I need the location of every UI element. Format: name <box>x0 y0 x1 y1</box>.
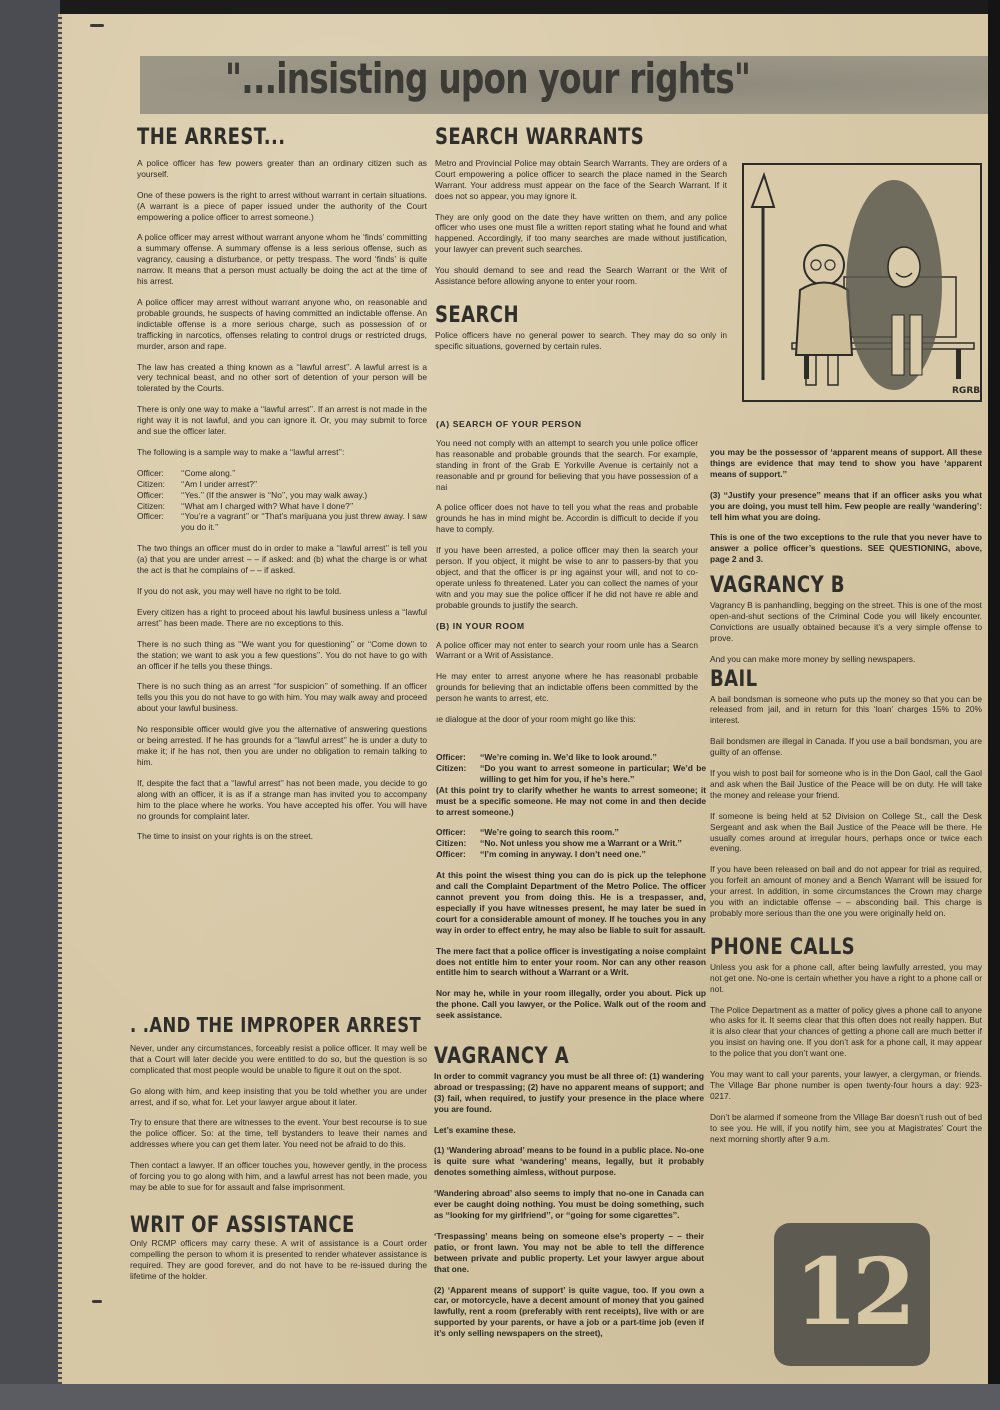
paragraph: (2) ‘Apparent means of support’ is quite… <box>434 1285 704 1340</box>
column-middle-dialogue: Officer:‘‘We’re coming in. We’d like to … <box>436 752 706 1031</box>
speaker: Citizen: <box>436 763 480 785</box>
paragraph: ıe dialogue at the door of your room mig… <box>436 714 698 725</box>
speaker: Citizen: <box>436 838 480 849</box>
paragraph: In order to commit vagrancy you must be … <box>434 1071 704 1115</box>
in-your-room-body: A police officer may not enter to search… <box>436 640 698 725</box>
subheading-in-your-room: (B) IN YOUR ROOM <box>436 621 698 632</box>
paragraph: Nor may he, while in your room illegally… <box>436 988 706 1021</box>
dialogue-line: Officer:‘‘We’re going to search this roo… <box>436 827 706 838</box>
paragraph: There is no such thing as ‘‘We want you … <box>137 639 427 672</box>
paper-blemish <box>90 24 104 27</box>
paragraph: This is one of the two exceptions to the… <box>710 532 982 565</box>
search-intro: Police officers have no general power to… <box>435 330 727 352</box>
paragraph: (1) ‘Wandering abroad’ means to be found… <box>434 1145 704 1178</box>
paragraph: If you wish to post bail for someone who… <box>710 768 982 801</box>
paragraph: The time to insist on your rights is on … <box>137 831 427 842</box>
dialogue-line: Officer:‘‘You’re a vagrant’’ or ‘‘That’s… <box>137 511 427 533</box>
speaker: Citizen: <box>137 479 181 490</box>
paragraph: ‘Trespassing’ means being on someone els… <box>434 1231 704 1275</box>
heading-vagrancy-a: VAGRANCY A <box>434 1052 655 1063</box>
heading-improper-arrest: . .AND THE IMPROPER ARREST <box>130 1020 374 1031</box>
dialogue-line: Officer:‘‘We’re coming in. We’d like to … <box>436 752 706 763</box>
paragraph: If you do not ask, you may well have no … <box>137 586 427 597</box>
paragraph: They are only good on the date they have… <box>435 212 727 256</box>
paragraph: He may enter to arrest anyone where he h… <box>436 671 698 704</box>
paragraph: If you have been released on bail and do… <box>710 864 982 919</box>
paragraph: At this point the wisest thing you can d… <box>436 870 706 935</box>
bail-body: A bail bondsman is someone who puts up t… <box>710 694 982 919</box>
dialogue-line: Citizen:‘‘What am I charged with? What h… <box>137 501 427 512</box>
cartoon-illustration: RGRB <box>742 163 982 402</box>
paragraph: A police officer may arrest without warr… <box>137 297 427 352</box>
page-title: "...insisting upon your rights" <box>225 54 750 103</box>
speech: ‘‘No. Not unless you show me a Warrant o… <box>480 838 706 849</box>
paragraph: If someone is being held at 52 Division … <box>710 811 982 855</box>
column-right: you may be the possessor of ‘apparent me… <box>710 447 982 1155</box>
heading-writ-of-assistance: WRIT OF ASSISTANCE <box>130 1221 374 1232</box>
dialogue-line: Citizen:‘‘Am I under arrest?’’ <box>137 479 427 490</box>
paragraph: There is only one way to make a ‘‘lawful… <box>137 404 427 437</box>
speech: ‘‘You’re a vagrant’’ or ‘‘That’s marijua… <box>181 511 427 533</box>
paragraph: Go along with him, and keep insisting th… <box>130 1086 427 1108</box>
heading-phone-calls: PHONE CALLS <box>710 943 933 954</box>
subheading-search-person: (A) SEARCH OF YOUR PERSON <box>436 419 698 430</box>
arrest-body: A police officer has few powers greater … <box>137 158 427 458</box>
paragraph: Let’s examine these. <box>434 1125 704 1136</box>
scan-frame-top <box>60 0 1000 14</box>
arrest-dialogue: Officer:‘‘Come along.’’Citizen:‘‘Am I un… <box>137 468 427 533</box>
vagrancy-b-body: Vagrancy B is panhandling, begging on th… <box>710 600 982 665</box>
dialogue-line: Officer:‘‘Yes.’’ (If the answer is ‘‘No’… <box>137 490 427 501</box>
heading-the-arrest: THE ARREST... <box>137 133 375 144</box>
column-middle-lower: VAGRANCY A In order to commit vagrancy y… <box>434 1052 704 1349</box>
paragraph: Metro and Provincial Police may obtain S… <box>435 158 727 202</box>
speech: ‘‘I’m coming in anyway. I don’t need one… <box>480 849 706 860</box>
paragraph: And you can make more money by selling n… <box>710 654 982 665</box>
vagrancy-a-body: In order to commit vagrancy you must be … <box>434 1071 704 1339</box>
speaker: Officer: <box>137 511 181 533</box>
paragraph: Then contact a lawyer. If an officer tou… <box>130 1160 427 1193</box>
paragraph: you may be the possessor of ‘apparent me… <box>710 447 982 480</box>
dialogue-line: Citizen:‘‘No. Not unless you show me a W… <box>436 838 706 849</box>
column-middle-upper: SEARCH WARRANTS Metro and Provincial Pol… <box>435 133 727 358</box>
paragraph: Every citizen has a right to proceed abo… <box>137 607 427 629</box>
paragraph: A police officer has few powers greater … <box>137 158 427 180</box>
column-middle: (A) SEARCH OF YOUR PERSON You need not c… <box>436 419 698 735</box>
heading-bail: BAIL <box>710 675 933 686</box>
vagrancy-a-continued: you may be the possessor of ‘apparent me… <box>710 447 982 565</box>
scan-frame-right <box>988 0 1000 1410</box>
page-number-badge: 12 <box>774 1223 930 1366</box>
paragraph: Try to ensure that there are witnesses t… <box>130 1117 427 1150</box>
paragraph: A police officer may arrest without warr… <box>137 232 427 287</box>
improper-arrest-body: Never, under any circumstances, forceabl… <box>130 1043 427 1193</box>
paragraph: There is no such thing as an arrest ‘‘fo… <box>137 681 427 714</box>
speaker: Officer: <box>436 752 480 763</box>
search-person-body: You need not comply with an attempt to s… <box>436 438 698 611</box>
dialogue-line: Officer:‘‘Come along.’’ <box>137 468 427 479</box>
column-left: THE ARREST... A police officer has few p… <box>137 133 427 852</box>
paragraph: A bail bondsman is someone who puts up t… <box>710 694 982 727</box>
paragraph: Vagrancy B is panhandling, begging on th… <box>710 600 982 644</box>
paragraph: The law has created a thing known as a ‘… <box>137 362 427 395</box>
torn-paper-edge <box>58 14 62 1384</box>
column-left-lower: . .AND THE IMPROPER ARREST Never, under … <box>130 1020 427 1291</box>
paper-blemish <box>92 1300 102 1303</box>
scan-frame-bottom <box>0 1384 1000 1410</box>
paragraph: The following is a sample way to make a … <box>137 447 427 458</box>
paragraph: (3) ‘‘Justify your presence’’ means that… <box>710 490 982 523</box>
speaker: Officer: <box>436 849 480 860</box>
paragraph: You may want to call your parents, your … <box>710 1069 982 1102</box>
room-dialogue: Officer:‘‘We’re coming in. We’d like to … <box>436 752 706 785</box>
paragraph: You need not comply with an attempt to s… <box>436 438 698 493</box>
speech: ‘‘Am I under arrest?’’ <box>181 479 427 490</box>
arrest-body-continued: The two things an officer must do in ord… <box>137 543 427 842</box>
speaker: Officer: <box>137 490 181 501</box>
heading-search: SEARCH <box>435 311 674 322</box>
bench-cartoon-icon: RGRB <box>744 165 980 400</box>
speaker: Officer: <box>137 468 181 479</box>
paragraph: You should demand to see and read the Se… <box>435 265 727 287</box>
paragraph: Only RCMP officers may carry these. A wr… <box>130 1238 427 1282</box>
speaker: Citizen: <box>137 501 181 512</box>
speech: ‘‘Come along.’’ <box>181 468 427 479</box>
svg-text:RGRB: RGRB <box>952 386 980 396</box>
paragraph: If you have been arrested, a police offi… <box>436 545 698 610</box>
paragraph: Never, under any circumstances, forceabl… <box>130 1043 427 1076</box>
speech: ‘‘What am I charged with? What have I do… <box>181 501 427 512</box>
heading-vagrancy-b: VAGRANCY B <box>710 581 933 592</box>
speech: ‘‘We’re going to search this room.’’ <box>480 827 706 838</box>
paragraph: If, despite the fact that a ‘‘lawful arr… <box>137 778 427 822</box>
paragraph: The two things an officer must do in ord… <box>137 543 427 576</box>
room-search-advice: At this point the wisest thing you can d… <box>436 870 706 1021</box>
paragraph: Bail bondsmen are illegal in Canada. If … <box>710 736 982 758</box>
speech: ‘‘We’re coming in. We’d like to look aro… <box>480 752 706 763</box>
speech: ‘‘Do you want to arrest someone in parti… <box>480 763 706 785</box>
paragraph: The mere fact that a police officer is i… <box>436 946 706 979</box>
paragraph: A police officer may not enter to search… <box>436 640 698 662</box>
speaker: Officer: <box>436 827 480 838</box>
writ-body: Only RCMP officers may carry these. A wr… <box>130 1238 427 1282</box>
dialogue-line: Citizen:‘‘Do you want to arrest someone … <box>436 763 706 785</box>
dialogue-note: (At this point try to clarify whether he… <box>436 785 706 818</box>
paragraph: A police officer does not have to tell y… <box>436 502 698 535</box>
paragraph: Unless you ask for a phone call, after b… <box>710 962 982 995</box>
paragraph: The Police Department as a matter of pol… <box>710 1005 982 1060</box>
paragraph: No responsible officer would give you th… <box>137 724 427 768</box>
phone-calls-body: Unless you ask for a phone call, after b… <box>710 962 982 1145</box>
paragraph: Don’t be alarmed if someone from the Vil… <box>710 1112 982 1145</box>
room-dialogue-continued: Officer:‘‘We’re going to search this roo… <box>436 827 706 860</box>
paragraph: One of these powers is the right to arre… <box>137 190 427 223</box>
dialogue-line: Officer:‘‘I’m coming in anyway. I don’t … <box>436 849 706 860</box>
paragraph: ‘Wandering abroad’ also seems to imply t… <box>434 1188 704 1221</box>
speech: ‘‘Yes.’’ (If the answer is ‘‘No’’, you m… <box>181 490 427 501</box>
heading-search-warrants: SEARCH WARRANTS <box>435 133 674 144</box>
search-warrants-body: Metro and Provincial Police may obtain S… <box>435 158 727 287</box>
page-number: 12 <box>774 1237 930 1347</box>
